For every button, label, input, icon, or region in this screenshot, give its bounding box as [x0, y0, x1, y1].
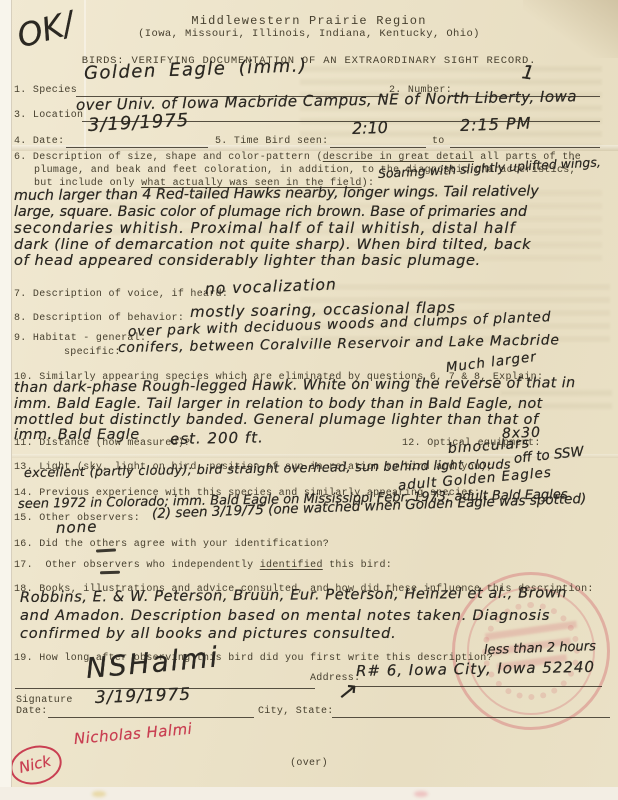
q3-location-label: 3. Location	[14, 109, 83, 122]
q4-date-label: 4. Date:	[14, 135, 64, 148]
q2-number-value: 1	[520, 61, 535, 84]
q18-answer-line: Robbins, E. & W. Peterson, Bruun, Eur. P…	[20, 585, 567, 606]
date-label: Date:	[16, 705, 48, 718]
q7-voice-label: 7. Description of voice, if heard:	[14, 288, 228, 301]
q5-time-from-value: 2:10	[352, 118, 389, 138]
form-region-title: Middlewestern Prairie Region	[0, 15, 618, 28]
scanned-form-page: Middlewestern Prairie Region (Iowa, Miss…	[0, 0, 618, 800]
q5-time-label: 5. Time Bird seen:	[215, 135, 328, 148]
q7-voice-value: no vocalization	[205, 275, 337, 298]
over-footer: (over)	[0, 757, 618, 770]
pencil-dash	[100, 571, 120, 575]
q5-time-from-line	[330, 147, 426, 148]
arrow-annotation: ↗	[337, 676, 360, 706]
q5-to-word: to	[432, 135, 445, 148]
scan-edge-bottom	[0, 787, 618, 800]
q4-date-line	[66, 147, 208, 148]
q1-species-label: 1. Species	[14, 84, 77, 97]
scan-edge-left	[0, 0, 12, 800]
q11-distance-label: 11. Distance (how measured)?	[14, 437, 190, 450]
scan-speck	[92, 791, 106, 797]
q10-answer-line: mottled but distinctly banded. General p…	[14, 412, 539, 428]
red-name-annotation: Nicholas Halmi	[73, 720, 193, 748]
city-state-label: City, State:	[258, 705, 334, 718]
q17-label-pre: 17. Other observers who independently	[14, 560, 260, 571]
q6-answer-line: secondaries whitish. Proximal half of ta…	[14, 220, 516, 237]
date-value: 3/19/1975	[95, 685, 192, 708]
q17-label-underlined: identified	[260, 560, 323, 571]
form-region-states: (Iowa, Missouri, Illinois, Indiana, Kent…	[0, 28, 618, 41]
q18-answer-line: and Amadon. Description based on mental …	[20, 608, 550, 624]
address-value: R# 6, Iowa City, Iowa 52240	[356, 658, 595, 680]
q6-answer-line: of head appeared considerably lighter th…	[14, 252, 481, 269]
q17-independent-label: 17. Other observers who independently id…	[14, 559, 392, 572]
q6-answer-line: much larger than 4 Red-tailed Hawks near…	[14, 183, 539, 204]
q10-answer-line: imm. Bald Eagle. Tail larger in relation…	[14, 396, 543, 412]
date-line	[48, 717, 254, 718]
pencil-dash	[96, 548, 116, 552]
q6-label-line1-pre: 6. Description of size, shape and color-…	[14, 152, 323, 163]
q5-time-to-value: 2:15 PM	[460, 114, 532, 135]
q19-howlong-value: less than 2 hours	[484, 639, 596, 658]
q4-date-value: 3/19/1975	[87, 110, 189, 136]
address-line	[352, 686, 602, 687]
q3-location-value: over Univ. of Iowa Macbride Campus, NE o…	[76, 87, 577, 114]
ok-annotation: OK/	[13, 4, 78, 55]
q17-label-post: this bird:	[323, 560, 392, 571]
scan-speck	[414, 791, 428, 797]
signature-value: NSHalmi	[85, 640, 221, 685]
q6-answer-line: large, square. Basic color of plumage ri…	[14, 204, 527, 220]
q15-other-observers-value: none	[56, 518, 98, 537]
q6-answer-line: dark (line of demarcation not quite shar…	[14, 236, 531, 253]
q11-distance-value: est. 200 ft.	[170, 428, 264, 448]
q16-agree-label: 16. Did the others agree with your ident…	[14, 538, 329, 551]
city-state-line	[332, 717, 610, 718]
q18-answer-line: confirmed by all books and pictures cons…	[20, 626, 396, 642]
q5-time-to-line	[450, 147, 600, 148]
q9-habitat-specific-label: specific:	[64, 346, 121, 359]
